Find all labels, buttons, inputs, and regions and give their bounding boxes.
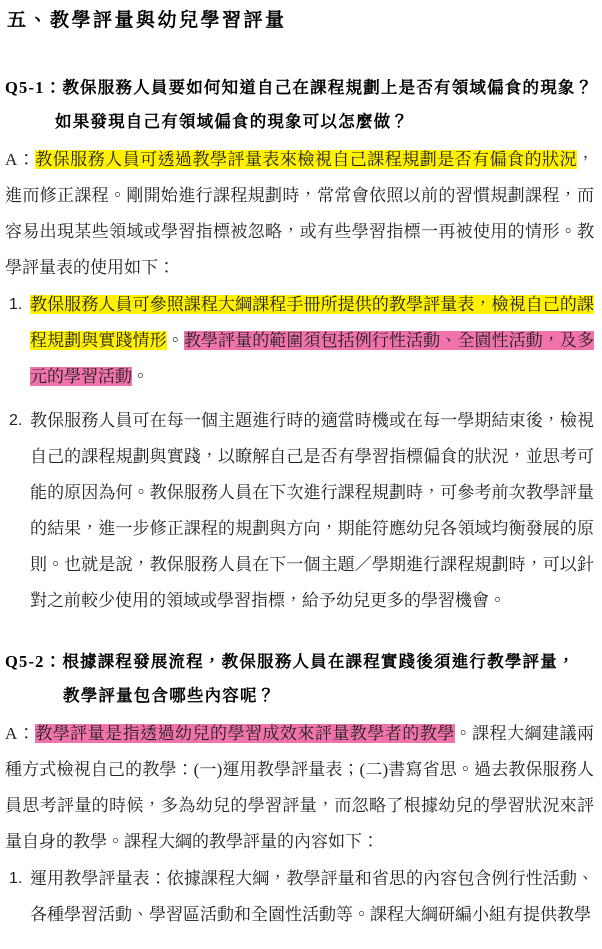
section-q5-1: Q5-1：教保服務人員要如何知道自己在課程規劃上是否有領域偏食的現象？ 如果發現… (5, 71, 594, 619)
question-q5-2: Q5-2：根據課程發展流程，教保服務人員在課程實踐後須進行教學評量， 教學評量包… (5, 645, 594, 713)
list-item: 1. 運用教學評量表：依據課程大綱，教學評量和省思的內容包含例行性活動、各種學習… (5, 861, 594, 933)
text-segment: 運用教學評量表：依據課程大綱，教學評量和省思的內容包含例行性活動、各種學習活動、… (30, 869, 594, 924)
text-segment: A： (5, 150, 35, 169)
question-q5-1: Q5-1：教保服務人員要如何知道自己在課程規劃上是否有領域偏食的現象？ 如果發現… (5, 71, 594, 139)
list-item-number: 2. (5, 403, 30, 439)
answer-q5-2: A：教學評量是指透過幼兒的學習成效來評量教學者的教學。課程大綱建議兩種方式檢視自… (5, 716, 594, 860)
document-page: 五、教學評量與幼兒學習評量 Q5-1：教保服務人員要如何知道自己在課程規劃上是否… (0, 0, 602, 949)
text-segment: 教保服務人員可在每一個主題進行時的適當時機或在每一學期結束後，檢視自己的課程規劃… (30, 411, 594, 610)
highlighted-text-segment: 教學評量是指透過幼兒的學習成效來評量教學者的教學 (35, 724, 454, 743)
list-item-number: 1. (5, 861, 30, 897)
text-segment: 。 (132, 367, 149, 386)
list-item-text: 教保服務人員可參照課程大綱課程手冊所提供的教學評量表，檢視自己的課程規劃與實踐情… (30, 287, 594, 395)
text-segment: 。 (167, 331, 184, 350)
list-q5-2: 1. 運用教學評量表：依據課程大綱，教學評量和省思的內容包含例行性活動、各種學習… (5, 861, 594, 933)
question-q5-1-line-2: 如果發現自己有領域偏食的現象可以怎麼做？ (55, 105, 594, 139)
answer-q5-1: A：教保服務人員可透過教學評量表來檢視自己課程規劃是否有偏食的狀況，進而修正課程… (5, 142, 594, 286)
list-item: 2. 教保服務人員可在每一個主題進行時的適當時機或在每一學期結束後，檢視自己的課… (5, 403, 594, 619)
text-segment: 。課程大綱建議兩種方式檢視自己的教學：(一)運用教學評量表；(二)書寫省思。過去… (5, 724, 594, 851)
list-q5-1: 1. 教保服務人員可參照課程大綱課程手冊所提供的教學評量表，檢視自己的課程規劃與… (5, 287, 594, 619)
text-segment: ，進而修正課程。剛開始進行課程規劃時，常常會依照以前的習慣規劃課程，而容易出現某… (5, 150, 594, 277)
list-item-number: 1. (5, 287, 30, 323)
question-q5-2-line-1: Q5-2：根據課程發展流程，教保服務人員在課程實踐後須進行教學評量， (5, 645, 594, 679)
list-item-text: 運用教學評量表：依據課程大綱，教學評量和省思的內容包含例行性活動、各種學習活動、… (30, 861, 594, 933)
text-segment: A： (5, 724, 35, 743)
document-title: 五、教學評量與幼兒學習評量 (7, 8, 594, 34)
list-item: 1. 教保服務人員可參照課程大綱課程手冊所提供的教學評量表，檢視自己的課程規劃與… (5, 287, 594, 395)
question-q5-1-line-1: Q5-1：教保服務人員要如何知道自己在課程規劃上是否有領域偏食的現象？ (5, 71, 594, 105)
list-item-text: 教保服務人員可在每一個主題進行時的適當時機或在每一學期結束後，檢視自己的課程規劃… (30, 403, 594, 619)
highlighted-text-segment: 教保服務人員可透過教學評量表來檢視自己課程規劃是否有偏食的狀況 (35, 150, 577, 169)
question-q5-2-line-2: 教學評量包含哪些內容呢？ (63, 679, 594, 713)
section-q5-2: Q5-2：根據課程發展流程，教保服務人員在課程實踐後須進行教學評量， 教學評量包… (5, 645, 594, 933)
